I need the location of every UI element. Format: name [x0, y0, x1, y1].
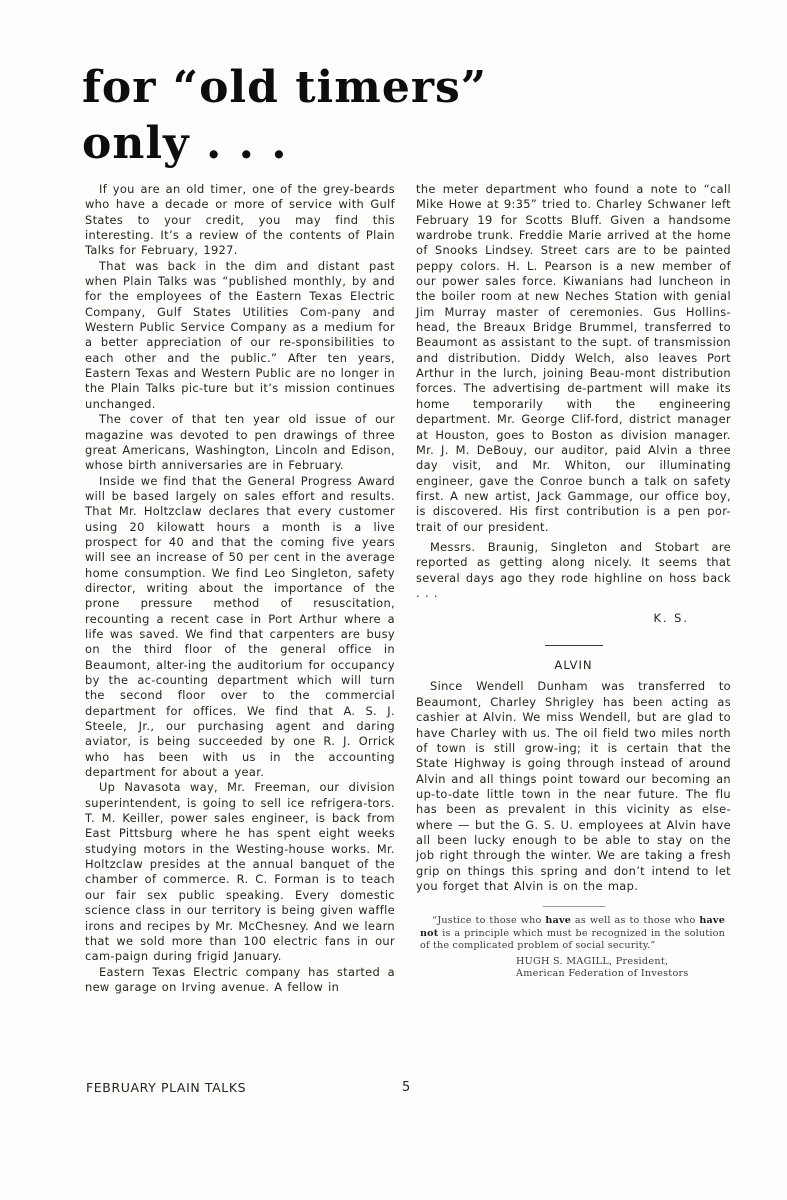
alvin-paragraph: Since Wendell Dunham was transferred to …	[416, 679, 731, 894]
quote-attribution: HUGH S. MAGILL, President, American Fede…	[516, 956, 731, 981]
paragraph: That was back in the dim and distant pas…	[85, 259, 395, 412]
paragraph-continuation: the meter department who found a note to…	[416, 182, 731, 535]
section-divider	[545, 645, 603, 647]
headline-line-1: for “old timers”	[82, 60, 642, 116]
author-initials: K. S.	[416, 611, 731, 626]
paragraph: Eastern Texas Electric company has start…	[85, 965, 395, 996]
paragraph: If you are an old timer, one of the grey…	[85, 182, 395, 259]
paragraph: Up Navasota way, Mr. Freeman, our divisi…	[85, 780, 395, 964]
right-column: the meter department who found a note to…	[416, 182, 731, 980]
magazine-page: for “old timers” only . . . If you are a…	[0, 0, 787, 1200]
left-column: If you are an old timer, one of the grey…	[85, 182, 395, 995]
footer-publication-name: FEBRUARY PLAIN TALKS	[86, 1080, 246, 1095]
section-title-alvin: ALVIN	[416, 658, 731, 673]
paragraph: Inside we find that the General Progress…	[85, 474, 395, 781]
attribution-name: HUGH S. MAGILL, President,	[516, 956, 731, 968]
paragraph: Messrs. Braunig, Singleton and Stobart a…	[416, 540, 731, 601]
emphasis-have: have	[545, 915, 571, 926]
headline-line-2: only . . .	[82, 116, 642, 172]
quote-divider	[543, 906, 605, 907]
article-headline: for “old timers” only . . .	[82, 60, 642, 172]
paragraph: The cover of that ten year old issue of …	[85, 412, 395, 473]
pull-quote: “Justice to those who have as well as to…	[420, 915, 725, 952]
footer-page-number: 5	[402, 1080, 410, 1095]
attribution-organization: American Federation of Investors	[516, 968, 731, 980]
